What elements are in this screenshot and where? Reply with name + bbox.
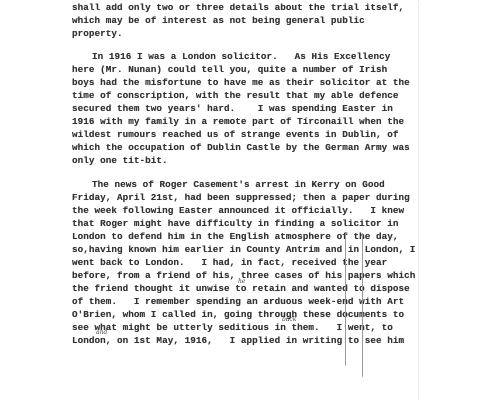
text-line: property. [72, 28, 123, 40]
text-line: wildest rumours reached us of strange ev… [72, 129, 398, 141]
handwritten-insertion: and [96, 329, 107, 336]
text-line: secured them two years' hard. I was spen… [72, 103, 393, 115]
text-line: 1916 with my family in a remote part of … [72, 116, 404, 128]
handwritten-insertion: back [282, 316, 296, 323]
page-fold-line [418, 0, 419, 400]
text-line: Friday, April 21st, had been suppressed;… [72, 192, 410, 204]
handwritten-insertion: he [238, 278, 245, 285]
text-line: London, on 1st May, 1916, I applied in w… [72, 335, 404, 347]
text-line: In 1916 I was a London solicitor. As His… [92, 51, 390, 63]
document-page: shall add only two or three details abou… [0, 0, 495, 400]
text-line: so,having known him earlier in County An… [72, 244, 415, 256]
text-line: only one tit-bit. [72, 155, 168, 167]
text-line: time of conscription, with the result th… [72, 90, 398, 102]
margin-mark-line [362, 233, 363, 377]
text-line: which may be of interest as not being ge… [72, 15, 365, 27]
text-line: that Roger might have difficulty in find… [72, 218, 398, 230]
text-line: here (Mr. Nunan) could tell you, quite a… [72, 64, 387, 76]
text-line: which the occupation of Dublin Castle by… [72, 142, 410, 154]
text-line: of them. I remember spending an arduous … [72, 296, 404, 308]
margin-mark-line [345, 234, 346, 366]
text-line: shall add only two or three details abou… [72, 2, 404, 14]
text-line: The news of Roger Casement's arrest in K… [92, 179, 385, 191]
text-line: went back to London. I had, in fact, rec… [72, 257, 387, 269]
text-line: boys had the misfortune to have me as th… [72, 77, 410, 89]
text-line: London to defend him in the English atmo… [72, 231, 398, 243]
text-line: the week following Easter announced it o… [72, 205, 404, 217]
text-line: O'Brien, whom I called in, going through… [72, 309, 404, 321]
